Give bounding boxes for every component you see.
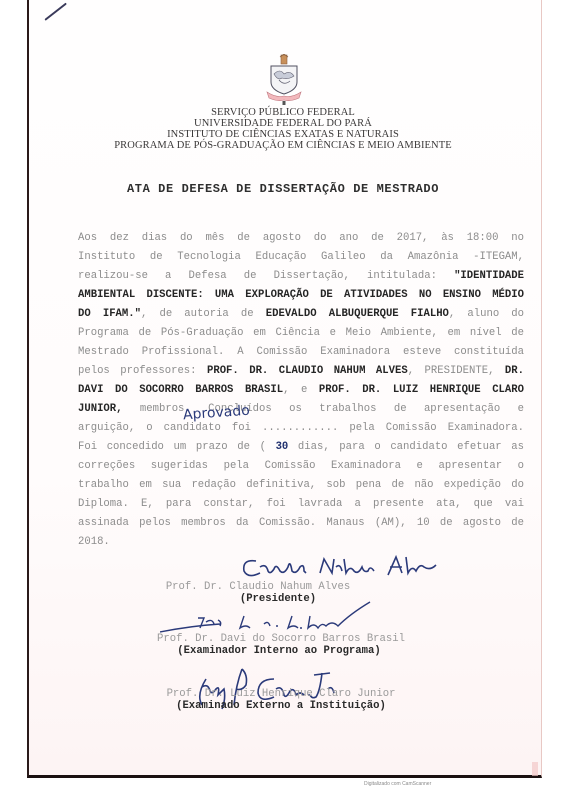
body-text: trabalho em sua redação definitiva, sob … [78, 479, 524, 491]
bold-text: JUNIOR, [78, 403, 123, 415]
body-text: arguição, o candidato foi ............ p… [78, 422, 524, 434]
signatory-role: (Examinado Externo a Instituição) [0, 700, 566, 712]
signatory-role: (Examinador Interno ao Programa) [0, 645, 566, 657]
body-line: realizou-se a Defesa de Dissertação, int… [78, 267, 524, 286]
body-line: JUNIOR, membros. Concluídos os trabalhos… [78, 400, 524, 419]
body-line: 2018. [78, 533, 524, 552]
body-line: Aos dez dias do mês de agosto do ano de … [78, 229, 524, 248]
bold-text: PROF. DR. CLAUDIO NAHUM ALVES [207, 365, 408, 377]
signatory-name: Prof. Dr. Luiz Henrique Claro Junior [0, 688, 566, 700]
body-line: arguição, o candidato foi ............ p… [78, 419, 524, 438]
header-line-4: PROGRAMA DE PÓS-GRADUAÇÃO EM CIÊNCIAS E … [0, 140, 566, 151]
signatory-external-examiner: Prof. Dr. Luiz Henrique Claro Junior (Ex… [0, 688, 566, 712]
paper-stain [532, 762, 538, 776]
body-text: Foi concedido um prazo de ( [78, 441, 276, 453]
body-line: DO IFAM.", de autoria de EDEVALDO ALBUQU… [78, 305, 524, 324]
bold-text: DO IFAM." [78, 308, 141, 320]
body-text: Diploma. E, para constar, foi lavrada a … [78, 498, 524, 510]
bold-text: DAVI DO SOCORRO BARROS BRASIL [78, 384, 283, 396]
signatory-name: Prof. Dr. Claudio Nahum Alves [0, 581, 566, 593]
body-line: pelos professores: PROF. DR. CLAUDIO NAH… [78, 362, 524, 381]
body-text: dias, para o candidato efetuar as [288, 441, 524, 453]
body-line: trabalho em sua redação definitiva, sob … [78, 476, 524, 495]
minutes-body: Aos dez dias do mês de agosto do ano de … [78, 229, 524, 552]
body-line: Programa de Pós-Graduação em Ciência e M… [78, 324, 524, 343]
header-line-2: UNIVERSIDADE FEDERAL DO PARÁ [0, 118, 566, 129]
body-text: assinada pelos membros da Comissão. Mana… [78, 517, 524, 529]
signature-president [238, 553, 438, 583]
body-text: Programa de Pós-Graduação em Ciência e M… [78, 327, 524, 339]
signatory-name: Prof. Dr. Davi do Socorro Barros Brasil [0, 633, 566, 645]
bold-text: "IDENTIDADE [454, 270, 524, 282]
body-text: , e [283, 384, 319, 396]
body-text: , de autoria de [141, 308, 266, 320]
bold-text: EDEVALDO ALBUQUERQUE FIALHO [266, 308, 449, 320]
body-line: Instituto de Tecnologia Educação Galileo… [78, 248, 524, 267]
header-line-1: SERVIÇO PÚBLICO FEDERAL [0, 107, 566, 118]
bold-text: AMBIENTAL DISCENTE: UMA EXPLORAÇÃO DE AT… [78, 289, 524, 301]
body-line: Foi concedido um prazo de ( 30 dias, par… [78, 438, 524, 457]
body-text: realizou-se a Defesa de Dissertação, int… [78, 270, 454, 282]
body-text: correções sugeridas pela Comissão Examin… [78, 460, 524, 472]
body-text: , PRESIDENTE, [408, 365, 505, 377]
body-line: assinada pelos membros da Comissão. Mana… [78, 514, 524, 533]
body-line: Diploma. E, para constar, foi lavrada a … [78, 495, 524, 514]
bold-text: DR. [505, 365, 524, 377]
bold-text: PROF. DR. LUIZ HENRIQUE CLARO [319, 384, 524, 396]
scanner-watermark: Digitalizado com CamScanner [364, 781, 431, 787]
signatory-internal-examiner: Prof. Dr. Davi do Socorro Barros Brasil … [0, 633, 566, 657]
university-crest-icon [266, 54, 302, 106]
handwritten-days: 30 [276, 441, 289, 453]
header-line-3: INSTITUTO DE CIÊNCIAS EXATAS E NATURAIS [0, 129, 566, 140]
body-line: DAVI DO SOCORRO BARROS BRASIL, e PROF. D… [78, 381, 524, 400]
body-line: correções sugeridas pela Comissão Examin… [78, 457, 524, 476]
body-text: Instituto de Tecnologia Educação Galileo… [78, 251, 524, 263]
body-line: AMBIENTAL DISCENTE: UMA EXPLORAÇÃO DE AT… [78, 286, 524, 305]
body-text: 2018. [78, 536, 110, 548]
body-line: Mestrado Profissional. A Comissão Examin… [78, 343, 524, 362]
document-title: ATA DE DEFESA DE DISSERTAÇÃO DE MESTRADO [0, 182, 566, 196]
institution-header: SERVIÇO PÚBLICO FEDERAL UNIVERSIDADE FED… [0, 107, 566, 151]
body-text: , aluno do [449, 308, 524, 320]
body-text: Mestrado Profissional. A Comissão Examin… [78, 346, 524, 358]
body-text: Aos dez dias do mês de agosto do ano de … [78, 232, 524, 244]
body-text: pelos professores: [78, 365, 207, 377]
